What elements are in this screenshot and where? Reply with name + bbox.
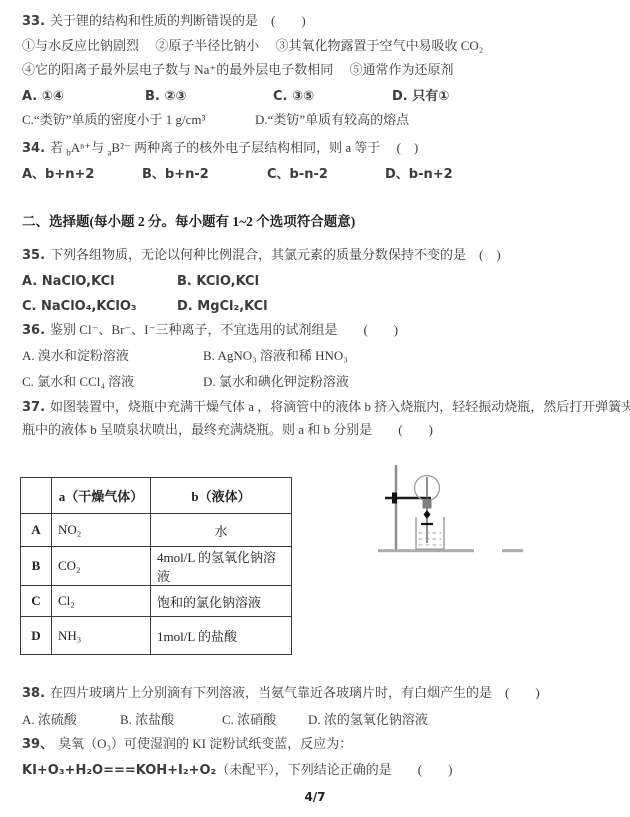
question-39-number: 39、 — [22, 737, 53, 752]
row-liquid: 1mol/L 的盐酸 — [151, 617, 292, 655]
water-dashes — [419, 533, 442, 545]
question-34-stem: 34.若 bAⁿ⁺与 aB²⁻ 两种离子的核外电子层结构相同，则 a 等于 ( … — [22, 139, 418, 162]
question-39-equation-line: KI+O₃+H₂O===KOH+I₂+O₂（未配平），下列结论正确的是 ( ) — [22, 761, 452, 779]
row-letter: B — [21, 547, 52, 586]
row-letter: A — [21, 514, 52, 547]
exam-page: 33.关于锂的结构和性质的判断错误的是 ( ) ①与水反应比钠剧烈 ②原子半径比… — [0, 0, 630, 817]
option-b: B. KClO,KCl — [177, 273, 259, 290]
option-d: D. 浓的氢氧化钠溶液 — [308, 711, 428, 728]
option-a: A. 浓硫酸 — [22, 711, 120, 728]
spring-clip-f — [424, 510, 431, 519]
question-33-items-2: ④它的阳离子最外层电子数与 Na⁺的最外层电子数相同 ⑤通常作为还原剂 — [22, 61, 454, 78]
question-36-options-cd: C. 氯水和 CCl₄ 溶液 D. 氯水和碘化钾淀粉溶液 — [22, 373, 349, 390]
question-34-number: 34. — [22, 141, 45, 156]
fountain-apparatus-figure — [375, 455, 525, 555]
option-a: A、b+n+2 — [22, 166, 142, 183]
question-33-number: 33. — [22, 14, 45, 29]
row-liquid: 水 — [151, 514, 292, 547]
option-c: C. ③⑤ — [273, 88, 392, 105]
row-gas: NO₂ — [52, 514, 151, 547]
table-row: A NO₂ 水 — [21, 514, 292, 547]
option-a: A. 溴水和淀粉溶液 — [22, 347, 203, 364]
header-liquid: b（液体） — [151, 478, 292, 514]
question-35-options-cd: C. NaClO₄,KClO₃ D. MgCl₂,KCl — [22, 298, 268, 315]
option-c: C. 氯水和 CCl₄ 溶液 — [22, 373, 203, 390]
question-34-options: A、b+n+2 B、b+n-2 C、b-n-2 D、b-n+2 — [22, 166, 453, 183]
row-letter: C — [21, 586, 52, 617]
option-c: C、b-n-2 — [267, 166, 385, 183]
option-a: A. ①④ — [22, 88, 145, 105]
option-d: D、b-n+2 — [385, 166, 453, 183]
option-b: B. AgNO₃ 溶液和稀 HNO₃ — [203, 347, 348, 364]
page-number: 4/7 — [0, 790, 630, 804]
question-39-stem: 39、臭氧（O₃）可使湿润的 KI 淀粉试纸变蓝，反应为： — [22, 735, 352, 753]
option-d-text: D.“类钫”单质有较高的熔点 — [255, 111, 409, 128]
question-33-stem: 33.关于锂的结构和性质的判断错误的是 ( ) — [22, 12, 306, 30]
clamp-knob — [392, 493, 397, 504]
option-b: B、b+n-2 — [142, 166, 267, 183]
option-c: C. 浓硝酸 — [222, 711, 308, 728]
question-36-stem: 36.鉴别 Cl⁻、Br⁻、I⁻三种离子，不宜选用的试剂组是 ( ) — [22, 321, 398, 339]
stand-base-right — [502, 549, 523, 552]
table-header-row: a（干燥气体） b（液体） — [21, 478, 292, 514]
row-letter: D — [21, 617, 52, 655]
table-row: C Cl₂ 饱和的氯化钠溶液 — [21, 586, 292, 617]
option-b: B. ②③ — [145, 88, 273, 105]
option-c: C. NaClO₄,KClO₃ — [22, 298, 177, 315]
question-35-stem: 35.下列各组物质，无论以何种比例混合，其氯元素的质量分数保持不变的是 ( ) — [22, 246, 501, 264]
chemical-equation: KI+O₃+H₂O===KOH+I₂+O₂ — [22, 763, 216, 778]
question-37-stem-line2: 瓶中的液体 b 呈喷泉状喷出，最终充满烧瓶。则 a 和 b 分别是 ( ) — [22, 421, 433, 438]
question-37-stem-line1: 37.如图装置中，烧瓶中充满干燥气体 a ，将滴管中的液体 b 挤入烧瓶内，轻轻… — [22, 398, 630, 416]
question-36-options-ab: A. 溴水和淀粉溶液 B. AgNO₃ 溶液和稀 HNO₃ — [22, 347, 348, 364]
question-38-number: 38. — [22, 686, 45, 701]
table-row: B CO₂ 4mol/L 的氢氧化钠溶液 — [21, 547, 292, 586]
option-d: D. MgCl₂,KCl — [177, 298, 268, 315]
row-liquid: 4mol/L 的氢氧化钠溶液 — [151, 547, 292, 586]
row-gas: CO₂ — [52, 547, 151, 586]
option-b: B. 浓盐酸 — [120, 711, 222, 728]
question-35-number: 35. — [22, 248, 45, 263]
row-liquid: 饱和的氯化钠溶液 — [151, 586, 292, 617]
question-33-options: A. ①④ B. ②③ C. ③⑤ D. 只有① — [22, 88, 449, 105]
option-d: D. 只有① — [392, 88, 449, 105]
question-37-number: 37. — [22, 400, 45, 415]
question-38-options: A. 浓硫酸 B. 浓盐酸 C. 浓硝酸 D. 浓的氢氧化钠溶液 — [22, 711, 428, 728]
question-38-stem: 38.在四片玻璃片上分别滴有下列溶液，当氨气靠近各玻璃片时，有白烟产生的是 ( … — [22, 684, 540, 702]
rubber-stopper — [423, 500, 432, 509]
row-gas: Cl₂ — [52, 586, 151, 617]
question-33-items-1: ①与水反应比钠剧烈 ②原子半径比钠小 ③其氧化物露置于空气中易吸收 CO₂ — [22, 37, 483, 54]
question-37-table: a（干燥气体） b（液体） A NO₂ 水 B CO₂ 4mol/L 的氢氧化钠… — [20, 477, 292, 655]
option-d: D. 氯水和碘化钾淀粉溶液 — [203, 373, 349, 390]
section-2-header: 二、选择题(每小题 2 分。每小题有 1~2 个选项符合题意) — [22, 213, 355, 230]
option-a: A. NaClO,KCl — [22, 273, 177, 290]
option-c-text: C.“类钫”单质的密度小于 1 g/cm³ — [22, 111, 255, 128]
question-35-options-ab: A. NaClO,KCl B. KClO,KCl — [22, 273, 259, 290]
row-gas: NH₃ — [52, 617, 151, 655]
table-row: D NH₃ 1mol/L 的盐酸 — [21, 617, 292, 655]
question-36-number: 36. — [22, 323, 45, 338]
question-33-leftover-options: C.“类钫”单质的密度小于 1 g/cm³ D.“类钫”单质有较高的熔点 — [22, 111, 409, 128]
header-gas: a（干燥气体） — [52, 478, 151, 514]
header-blank — [21, 478, 52, 514]
